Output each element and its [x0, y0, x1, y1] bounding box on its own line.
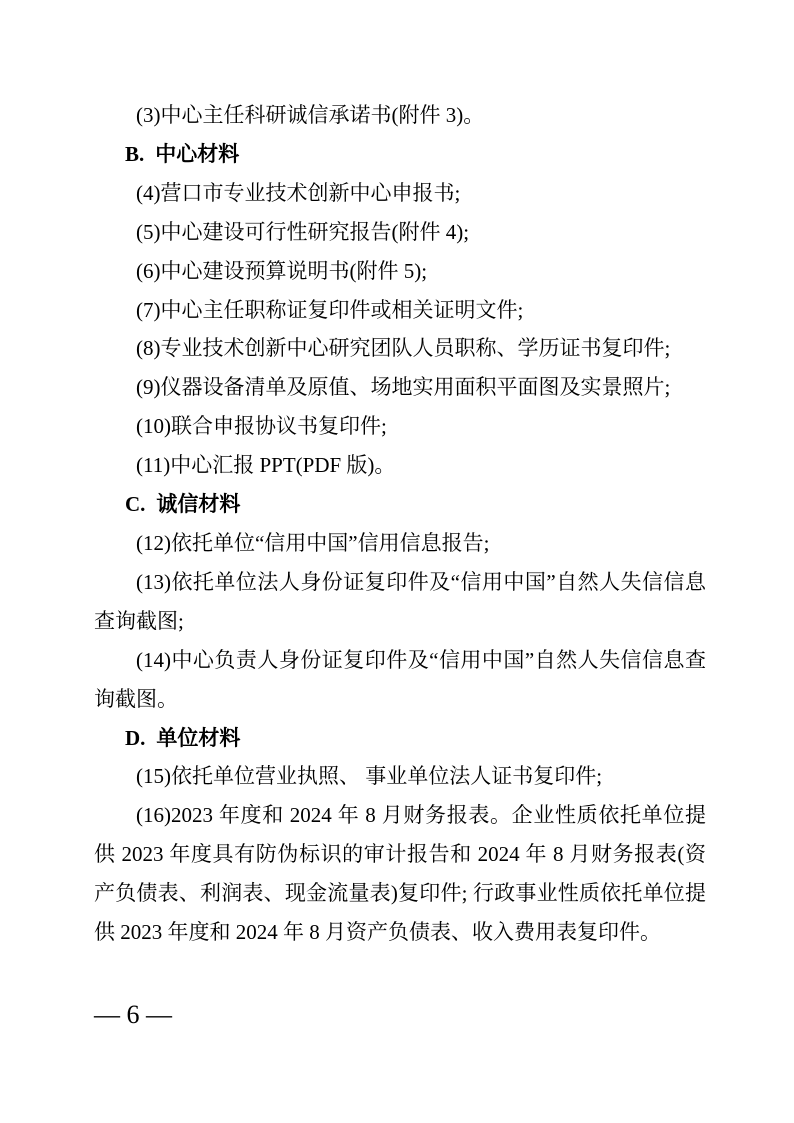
document-body: (3)中心主任科研诚信承诺书(附件 3)。 B.中心材料 (4)营口市专业技术创…	[94, 96, 706, 952]
list-item-16: (16)2023 年度和 2024 年 8 月财务报表。企业性质依托单位提供 2…	[94, 796, 706, 952]
section-heading-b: B.中心材料	[94, 135, 706, 174]
section-title: 单位材料	[156, 726, 240, 750]
list-item-8: (8)专业技术创新中心研究团队人员职称、学历证书复印件;	[94, 329, 706, 368]
list-item-10: (10)联合申报协议书复印件;	[94, 407, 706, 446]
list-item-4: (4)营口市专业技术创新中心申报书;	[94, 174, 706, 213]
document-page: (3)中心主任科研诚信承诺书(附件 3)。 B.中心材料 (4)营口市专业技术创…	[0, 0, 794, 1123]
list-item-14: (14)中心负责人身份证复印件及“信用中国”自然人失信信息查询截图。	[94, 641, 706, 719]
section-letter: B.	[125, 142, 144, 166]
list-item-13: (13)依托单位法人身份证复印件及“信用中国”自然人失信信息查询截图;	[94, 563, 706, 641]
list-item-3: (3)中心主任科研诚信承诺书(附件 3)。	[94, 96, 706, 135]
list-item-11: (11)中心汇报 PPT(PDF 版)。	[94, 446, 706, 485]
list-item-15: (15)依托单位营业执照、 事业单位法人证书复印件;	[94, 757, 706, 796]
list-item-6: (6)中心建设预算说明书(附件 5);	[94, 252, 706, 291]
list-item-5: (5)中心建设可行性研究报告(附件 4);	[94, 213, 706, 252]
list-item-9: (9)仪器设备清单及原值、场地实用面积平面图及实景照片;	[94, 368, 706, 407]
section-letter: C.	[125, 492, 145, 516]
list-item-7: (7)中心主任职称证复印件或相关证明文件;	[94, 291, 706, 330]
section-heading-d: D.单位材料	[94, 719, 706, 758]
section-title: 诚信材料	[156, 492, 240, 516]
section-letter: D.	[125, 726, 145, 750]
section-title: 中心材料	[155, 142, 239, 166]
list-item-12: (12)依托单位“信用中国”信用信息报告;	[94, 524, 706, 563]
page-number: — 6 —	[94, 1000, 172, 1030]
section-heading-c: C.诚信材料	[94, 485, 706, 524]
